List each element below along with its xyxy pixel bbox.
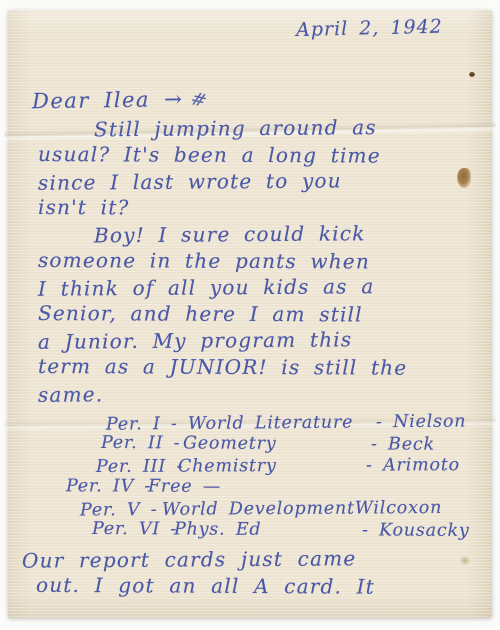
schedule-teacher: - Nielson <box>376 411 467 433</box>
letter-line: I think of all you kids as a <box>38 272 492 302</box>
schedule-row: Per. II - Geometry - Beck <box>101 433 492 457</box>
salutation-line: Dear Ilea →# <box>32 83 492 113</box>
schedule-period: Per. IV - <box>66 476 148 498</box>
letter-line: a Junior. My program this <box>38 325 492 355</box>
schedule-subject: Free — <box>148 477 336 499</box>
scratched-out-mark: # <box>188 89 212 113</box>
letter-line: Our report cards just came <box>22 544 492 574</box>
ink-spot-small <box>469 72 475 77</box>
letter-line: someone in the pants when <box>38 247 492 275</box>
schedule-period: Per. II - <box>101 433 183 455</box>
schedule-period: Per. VI - <box>92 519 174 541</box>
letter-line: isn't it? <box>38 194 492 222</box>
schedule-subject: Chemistry <box>178 455 366 477</box>
schedule-row: Per. I - World Literature - Nielson <box>106 411 492 436</box>
schedule-row: Per. VI - Phys. Ed - Kousacky <box>92 519 492 543</box>
schedule-subject: Phys. Ed <box>174 519 362 541</box>
schedule-period: Per. III - <box>96 456 178 478</box>
letter-line: Still jumping around as <box>38 113 492 143</box>
schedule-teacher: - Beck <box>371 434 435 456</box>
schedule-subject: World Development <box>162 498 355 521</box>
schedule-row: Per. III - Chemistry - Arimoto <box>96 454 492 478</box>
letter-line: since I last wrote to you <box>38 166 492 196</box>
schedule-teacher: - Kousacky <box>362 520 470 542</box>
letter-paper: April 2, 1942 Dear Ilea →# Still jumping… <box>8 10 492 618</box>
letter-line: out. I got an all A card. It <box>22 571 492 600</box>
schedule-row: Per. V - World Development Wilcoxon <box>80 497 492 521</box>
class-schedule: Per. I - World Literature - Nielson Per.… <box>8 413 492 542</box>
schedule-teacher: - Arimoto <box>366 455 460 477</box>
schedule-teacher: Wilcoxon <box>355 497 442 519</box>
salutation-text: Dear Ilea → <box>32 87 184 113</box>
schedule-subject: World Literature <box>188 412 376 435</box>
letter-closing: Our report cards just came out. I got an… <box>22 546 492 600</box>
letter-line: same. <box>38 378 492 408</box>
letter-date: April 2, 1942 <box>8 5 493 48</box>
letter-line: Boy! I sure could kick <box>38 219 492 249</box>
schedule-row: Per. IV - Free — <box>66 476 492 499</box>
letter-line: term as a JUNIOR! is still the <box>38 353 492 381</box>
scan-background: April 2, 1942 Dear Ilea →# Still jumping… <box>0 0 500 630</box>
letter-body: Still jumping around as usual? It's been… <box>38 115 492 407</box>
letter-line: Senior, and here I am still <box>38 300 492 328</box>
schedule-subject: Geometry <box>183 433 371 455</box>
letter-line: usual? It's been a long time <box>38 141 492 169</box>
